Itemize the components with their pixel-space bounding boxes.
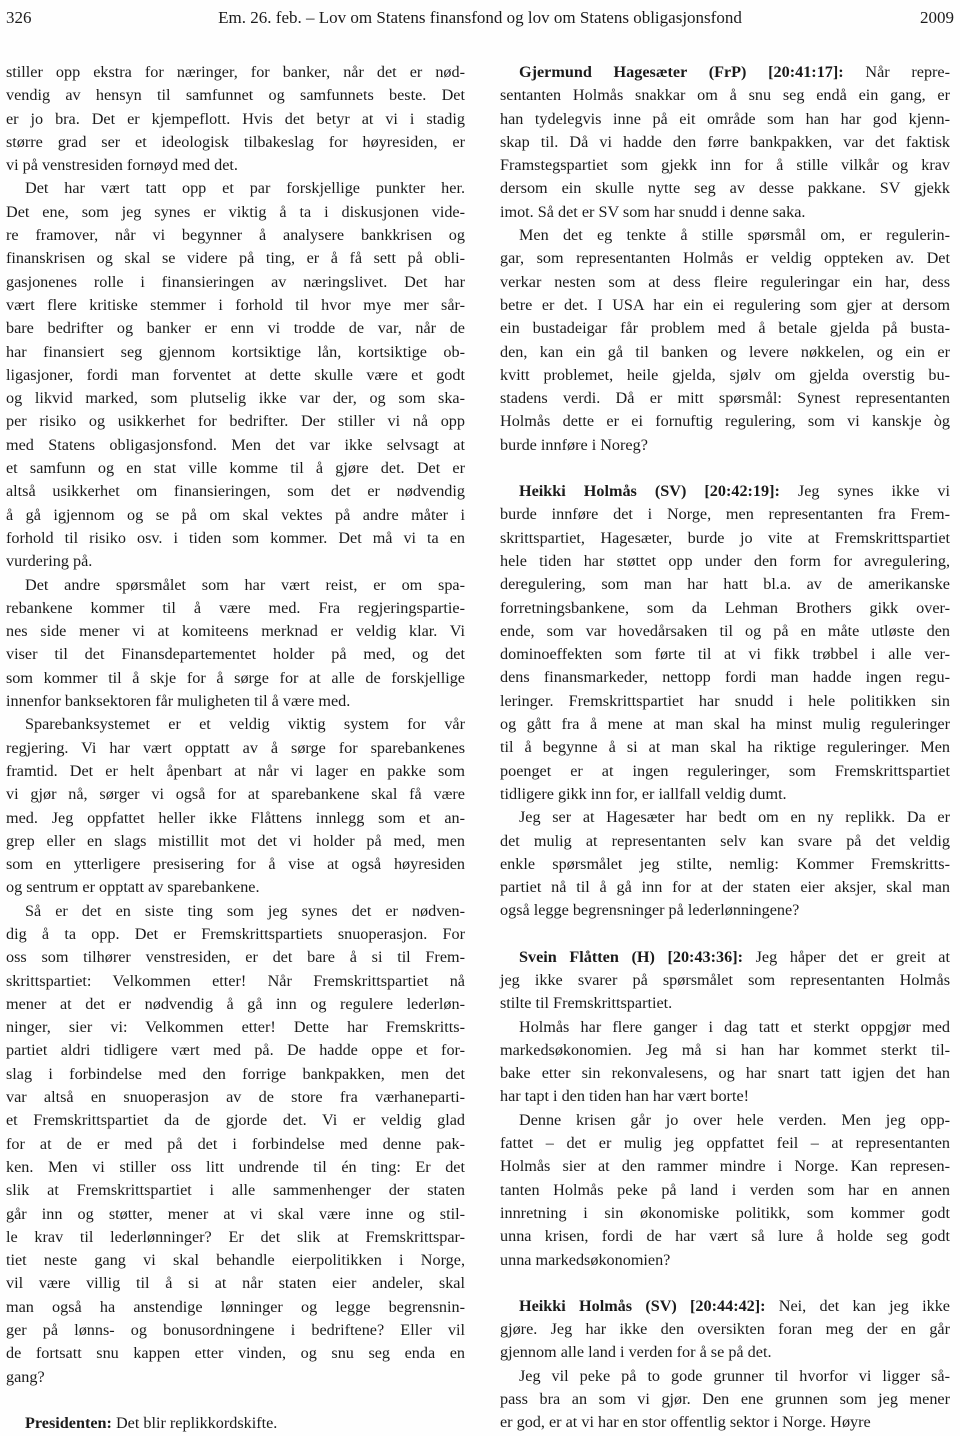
text-line: ein bustadeigar får problem med å betale… — [500, 317, 950, 340]
text-line: gjennom alle land i verden for å se på d… — [500, 1341, 950, 1364]
text-line: gasjonenes rolle i finansieringen av nær… — [6, 271, 465, 294]
text-line: det mulig at representanten selv kan sva… — [500, 830, 950, 853]
text-line: vil være villig til å si at når staten e… — [6, 1272, 465, 1295]
text-line: partiet nå til å gå inn for at der state… — [500, 876, 950, 899]
text-line: mener at det er nødvendig å gå inn og re… — [6, 993, 465, 1016]
text-line: og likvid marked, som plutselig ikke var… — [6, 387, 465, 410]
text-line: og gått fra å mene at man skal ha minst … — [500, 713, 950, 736]
text-line: større grad ser et ideologisk tilbakesla… — [6, 131, 465, 154]
speech-paragraph: Svein Flåtten (H) [20:43:36]: Jeg håper … — [500, 946, 950, 1016]
paragraph: stiller opp ekstra for næringer, for ban… — [6, 61, 465, 177]
text-line: framtid. Det er helt åpenbart at når vi … — [6, 760, 465, 783]
text-line: Framstegspartiet som gjekk inn for å sti… — [500, 154, 950, 177]
text-line: imot. Så det er SV som har snudd i denne… — [500, 201, 950, 224]
text-line: han tydelegvis inne på eit område som ha… — [500, 108, 950, 131]
text-line: til å begynne å si at man skal ha riktig… — [500, 736, 950, 759]
text-line: dens finansmarkeder, nettopp fordi man h… — [500, 666, 950, 689]
text-line: Så er det en siste ting som jeg synes de… — [6, 900, 465, 923]
text-line: de fortsatt snu kappen etter vinden, og … — [6, 1342, 465, 1365]
paragraph: Jeg vil peke på to gode grunner til hvor… — [500, 1365, 950, 1435]
text-line: dersom ein skulle nytte seg av desse pak… — [500, 177, 950, 200]
text-columns: stiller opp ekstra for næringer, for ban… — [6, 61, 954, 1435]
text-line: slag i forbindelse med den forrige bankp… — [6, 1063, 465, 1086]
text-line: Holmås sier at den rammer mindre i Norge… — [500, 1155, 950, 1178]
document-page: 326 Em. 26. feb. – Lov om Statens finans… — [0, 0, 960, 1435]
text-line: kvitt problemet, heile gjelda, sjølv om … — [500, 364, 950, 387]
paragraph: Det har vært tatt opp et par forskjellig… — [6, 177, 465, 573]
text-line: tanten Holmås peke på land i verden som … — [500, 1179, 950, 1202]
text-line: som kommer til å skje for å sørge for at… — [6, 667, 465, 690]
text-line: Det andre spørsmålet som har vært reist,… — [6, 574, 465, 597]
text-line: som en ytterligere presisering for å vis… — [6, 853, 465, 876]
text-line: for at de er med på det i forbindelse me… — [6, 1133, 465, 1156]
text-line: Heikki Holmås (SV) [20:42:19]: Jeg synes… — [500, 480, 950, 503]
text-line: gar, som representanten Holmås er veldig… — [500, 247, 950, 270]
text-line: jeg ikke svarer på spørsmålet som repres… — [500, 969, 950, 992]
text-line: vendig av hensyn til samfunnet og samfun… — [6, 84, 465, 107]
text-line: stiller opp ekstra for næringer, for ban… — [6, 61, 465, 84]
text-line: man også ha anstendige lønninger og legg… — [6, 1296, 465, 1319]
speaker-label: Heikki Holmås (SV) [20:42:19]: — [519, 482, 780, 500]
text-line: med Statens obligasjonsfond. Men det var… — [6, 434, 465, 457]
paragraph: Jeg ser at Hagesæter har bedt om en ny r… — [500, 806, 950, 922]
text-line: har finansiert seg gjennom kortsiktige l… — [6, 341, 465, 364]
text-line: å gå igjennom og se på om skal vektes på… — [6, 504, 465, 527]
text-line: skrittspartiet, Hagesæter, burde jo vite… — [500, 527, 950, 550]
text-line: finanskrisen og skal se videre på ting, … — [6, 247, 465, 270]
text-line: innenfor banksektoren får muligheten til… — [6, 690, 465, 713]
text-line: er jo bra. Det er kjempeflott. Hvis det … — [6, 108, 465, 131]
text-line: partiet aldri tidligere vært med på. De … — [6, 1039, 465, 1062]
text-line: altså usikkerhet om finansieringen, som … — [6, 480, 465, 503]
text-line: Presidenten: Det blir replikkordskifte. — [6, 1412, 465, 1435]
text-line: Svein Flåtten (H) [20:43:36]: Jeg håper … — [500, 946, 950, 969]
text-line: burde innføre det i Norge, men represent… — [500, 503, 950, 526]
text-line: har tapt i den tiden han har vært borte! — [500, 1085, 950, 1108]
text-line: gjøre. Jeg har ikke den oversikten foran… — [500, 1318, 950, 1341]
text-line: deregulering, som man har hatt bl.a. av … — [500, 573, 950, 596]
text-line: stilte til Fremskrittspartiet. — [500, 992, 950, 1015]
text-line: rebankene kommer til å være med. Fra reg… — [6, 597, 465, 620]
text-line: innretning i sin økonomiske politikk, so… — [500, 1202, 950, 1225]
text-line: Men det eg tenkte å stille spørsmål om, … — [500, 224, 950, 247]
paragraph: Så er det en siste ting som jeg synes de… — [6, 900, 465, 1389]
text-line: oss som tilhører venstresiden, er det ba… — [6, 946, 465, 969]
text-line: vært flere kritiske stemmer i forhold ti… — [6, 294, 465, 317]
text-line: nes side mener vi at komiteens merknad e… — [6, 620, 465, 643]
paragraph: Holmås har flere ganger i dag tatt et st… — [500, 1016, 950, 1109]
text-line: grep eller en slags mistillit mot det vi… — [6, 830, 465, 853]
year-label: 2009 — [804, 8, 954, 27]
text-line: burde innføre i Noreg? — [500, 434, 950, 457]
paragraph: Men det eg tenkte å stille spørsmål om, … — [500, 224, 950, 457]
text-line: dig å ta opp. Det er Fremskrittspartiets… — [6, 923, 465, 946]
text-line: og sentrum er opptatt av sparebankene. — [6, 876, 465, 899]
text-line: Jeg ser at Hagesæter har bedt om en ny r… — [500, 806, 950, 829]
text-line: re framover, når vi begynner å analysere… — [6, 224, 465, 247]
text-line: verkar nesten som at dess fleire reguler… — [500, 271, 950, 294]
column-left: stiller opp ekstra for næringer, for ban… — [6, 61, 465, 1435]
text-line: skap til. Då vi hadde den førre bankpakk… — [500, 131, 950, 154]
text-line: regjering. Vi har vært opptatt av å sørg… — [6, 737, 465, 760]
text-line: Holmås dette er ei fornuftig regulering,… — [500, 410, 950, 433]
text-line: Heikki Holmås (SV) [20:44:42]: Nei, det … — [500, 1295, 950, 1318]
text-line: poenget er at ingen reguleringer, som Fr… — [500, 760, 950, 783]
text-line: slik at Fremskrittspartiet i alle sammen… — [6, 1179, 465, 1202]
text-line: betre er det. I USA har ein ei regulerin… — [500, 294, 950, 317]
text-line: ger på lønns- og bonusordningene i bedri… — [6, 1319, 465, 1342]
column-right: Gjermund Hagesæter (FrP) [20:41:17]: Når… — [500, 61, 950, 1435]
text-line: pass bra an som vi gjør. Den ene grunnen… — [500, 1388, 950, 1411]
text-line: sentanten Holmås snakkar om å snu seg en… — [500, 84, 950, 107]
text-line: per risiko og usikkerhet for bedrifter. … — [6, 410, 465, 433]
text-line: unna krisen, fordi de har vært så lure å… — [500, 1225, 950, 1248]
text-line: bake etter sin rekonvalesens, og har sna… — [500, 1062, 950, 1085]
text-line: ligasjoner, fordi man forventet at dette… — [6, 364, 465, 387]
text-line: Jeg vil peke på to gode grunner til hvor… — [500, 1365, 950, 1388]
page-number: 326 — [6, 8, 156, 27]
text-line: vurdering på. — [6, 550, 465, 573]
speech-paragraph: Gjermund Hagesæter (FrP) [20:41:17]: Når… — [500, 61, 950, 224]
text-line: tiet neste gang vi skal behandle eierpol… — [6, 1249, 465, 1272]
text-line: fattet – det er mulig jeg oppfattet feil… — [500, 1132, 950, 1155]
text-line: forhold til risiko osv. i tiden som komm… — [6, 527, 465, 550]
speaker-label: Gjermund Hagesæter (FrP) [20:41:17]: — [519, 63, 844, 81]
text-line: dominoeffekten som førte til at vi fikk … — [500, 643, 950, 666]
running-title: Em. 26. feb. – Lov om Statens finansfond… — [156, 8, 804, 27]
text-line: ninger, sier vi: Velkommen etter! Dette … — [6, 1016, 465, 1039]
text-line: Det har vært tatt opp et par forskjellig… — [6, 177, 465, 200]
text-line: tidligere gikk inn for, er iallfall veld… — [500, 783, 950, 806]
text-line: viser til det Finansdepartementet holder… — [6, 643, 465, 666]
text-line: Holmås har flere ganger i dag tatt et st… — [500, 1016, 950, 1039]
text-line: Det ene, som jeg synes er viktig å ta i … — [6, 201, 465, 224]
text-line: stadens verdi. Då er mitt spørsmål: Syne… — [500, 387, 950, 410]
text-line: hele tiden har støttet opp under den for… — [500, 550, 950, 573]
text-line: vi gjør nå, sørger vi også for at spareb… — [6, 783, 465, 806]
paragraph: Det andre spørsmålet som har vært reist,… — [6, 574, 465, 714]
paragraph: Sparebanksystemet er et veldig viktig sy… — [6, 713, 465, 899]
text-line: vi på venstresiden fornøyd med det. — [6, 154, 465, 177]
text-line: Gjermund Hagesæter (FrP) [20:41:17]: Når… — [500, 61, 950, 84]
text-line: skrittspartiet: Velkommen etter! Når Fre… — [6, 970, 465, 993]
text-line: ken. Men vi stiller oss litt undrende ti… — [6, 1156, 465, 1179]
text-line: gang? — [6, 1366, 465, 1389]
text-line: med. Jeg oppfattet heller ikke Flåttens … — [6, 807, 465, 830]
paragraph: Denne krisen går jo over hele verden. Me… — [500, 1109, 950, 1272]
text-line: Sparebanksystemet er et veldig viktig sy… — [6, 713, 465, 736]
speech-paragraph: Heikki Holmås (SV) [20:42:19]: Jeg synes… — [500, 480, 950, 806]
text-line: går inn og støtter, mener at vi skal vær… — [6, 1203, 465, 1226]
text-line: le krav til lederlønninger? Er det slik … — [6, 1226, 465, 1249]
text-line: var altså en snuoperasjon av de store fr… — [6, 1086, 465, 1109]
text-line: forretningsbankene, som da Lehman Brothe… — [500, 597, 950, 620]
text-line: markedsøkonomien. Jeg må si han har komm… — [500, 1039, 950, 1062]
speaker-label: Svein Flåtten (H) [20:43:36]: — [519, 948, 743, 966]
text-line: et Fremskrittspartiet da de gjorde det. … — [6, 1109, 465, 1132]
text-line: leringer. Fremskrittspartiet har snudd i… — [500, 690, 950, 713]
text-line: bare bedrifter og banker er enn vi trodd… — [6, 317, 465, 340]
text-line: også legge begrensninger på lederlønning… — [500, 899, 950, 922]
speech-paragraph: Heikki Holmås (SV) [20:44:42]: Nei, det … — [500, 1295, 950, 1365]
speaker-label: Presidenten: — [25, 1414, 112, 1432]
speech-paragraph: Presidenten: Det blir replikkordskifte. — [6, 1412, 465, 1435]
text-line: den, kan ein gå til banken og levere nøk… — [500, 341, 950, 364]
speaker-label: Heikki Holmås (SV) [20:44:42]: — [519, 1297, 766, 1315]
text-line: Denne krisen går jo over hele verden. Me… — [500, 1109, 950, 1132]
text-line: enkle spørsmålet jeg stilte, nemlig: Kom… — [500, 853, 950, 876]
text-line: ende, som var hovedårsaken til og på en … — [500, 620, 950, 643]
text-line: er god, er at vi har en stor offentlig s… — [500, 1411, 950, 1434]
page-header: 326 Em. 26. feb. – Lov om Statens finans… — [6, 8, 954, 27]
text-line: et samfunn og en stat ville komme til å … — [6, 457, 465, 480]
text-line: unna markedsøkonomien? — [500, 1249, 950, 1272]
